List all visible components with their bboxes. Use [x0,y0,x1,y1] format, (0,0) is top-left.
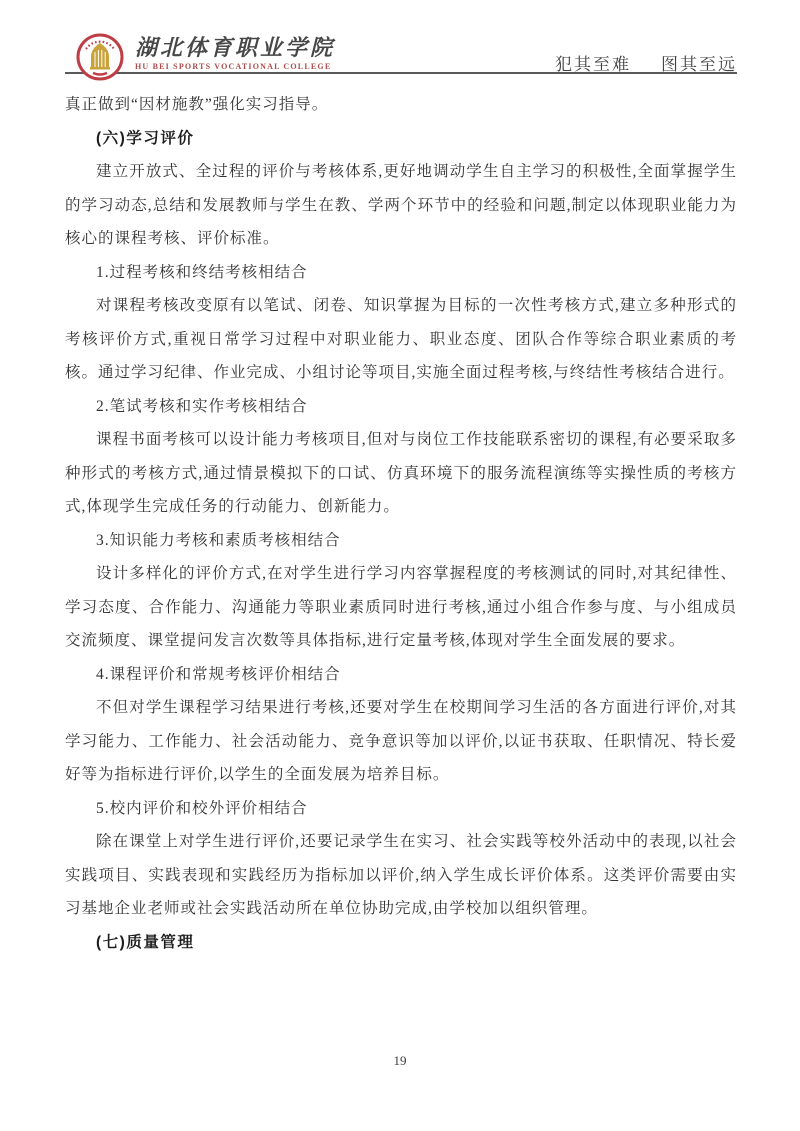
subheading-5: 5.校内评价和校外评价相结合 [65,792,737,826]
section-heading-6: (六)学习评价 [65,122,737,156]
college-name-en: HU BEI SPORTS VOCATIONAL COLLEGE [135,62,335,71]
college-brand: 湖北体育职业学院 HU BEI SPORTS VOCATIONAL COLLEG… [135,36,335,71]
motto-part2: 图其至远 [661,55,737,74]
paragraph-2: 课程书面考核可以设计能力考核项目,但对与岗位工作技能联系密切的课程,有必要采取多… [65,423,737,524]
header-motto: 犯其至难图其至远 [555,50,737,75]
section-heading-7: (七)质量管理 [65,926,737,960]
subheading-2: 2.笔试考核和实作考核相结合 [65,390,737,424]
college-name-zh: 湖北体育职业学院 [135,36,335,60]
subheading-1: 1.过程考核和终结考核相结合 [65,256,737,290]
page-footer: 19 [0,1053,800,1069]
paragraph-evaluation-intro: 建立开放式、全过程的评价与考核体系,更好地调动学生自主学习的积极性,全面掌握学生… [65,155,737,256]
subheading-4: 4.课程评价和常规考核评价相结合 [65,658,737,692]
paragraph-5: 除在课堂上对学生进行评价,还要记录学生在实习、社会实践等校外活动中的表现,以社会… [65,825,737,926]
paragraph-4: 不但对学生课程学习结果进行考核,还要对学生在校期间学习生活的各方面进行评价,对其… [65,691,737,792]
document-page: 湖北体育职业学院 HU BEI SPORTS VOCATIONAL COLLEG… [0,0,800,1131]
paragraph-1: 对课程考核改变原有以笔试、闭卷、知识掌握为目标的一次性考核方式,建立多种形式的考… [65,289,737,390]
paragraph-3: 设计多样化的评价方式,在对学生进行学习内容掌握程度的考核测试的同时,对其纪律性、… [65,557,737,658]
subheading-3: 3.知识能力考核和素质考核相结合 [65,524,737,558]
motto-part1: 犯其至难 [555,55,631,74]
college-seal-icon [75,32,125,82]
paragraph-continuation: 真正做到“因材施教”强化实习指导。 [65,88,737,122]
page-header: 湖北体育职业学院 HU BEI SPORTS VOCATIONAL COLLEG… [65,0,737,74]
page-number: 19 [394,1053,407,1068]
document-body: 真正做到“因材施教”强化实习指导。 (六)学习评价 建立开放式、全过程的评价与考… [65,74,737,959]
